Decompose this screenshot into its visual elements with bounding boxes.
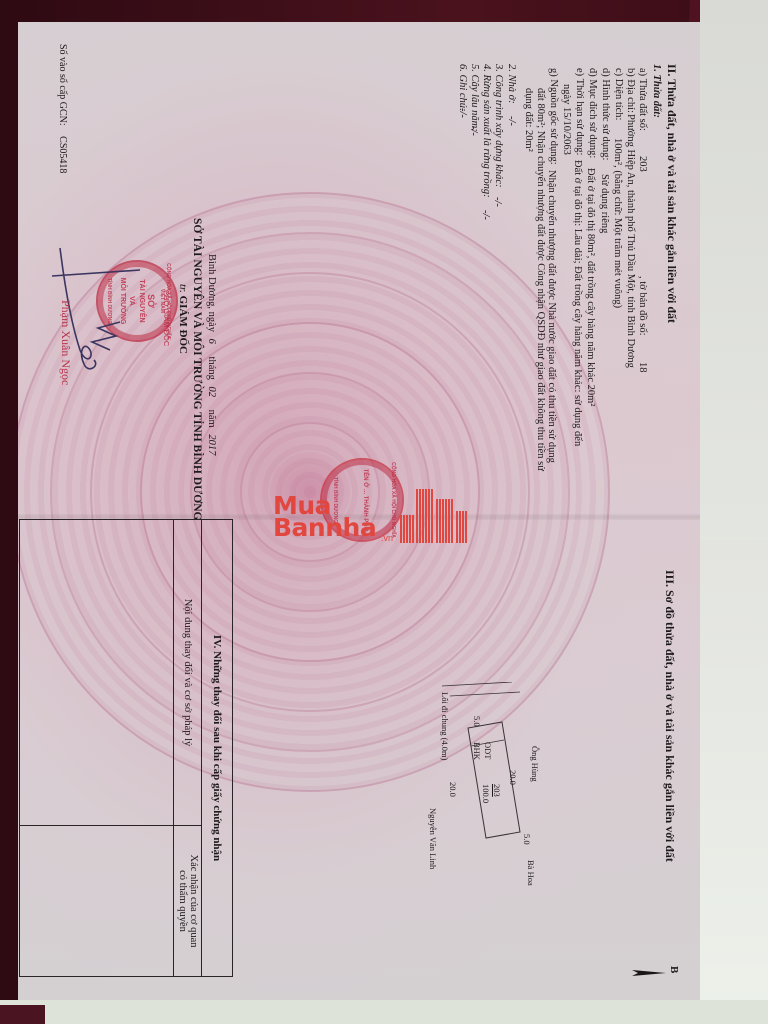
usage-term-value-cont: ngày 15/10/2063 xyxy=(560,84,572,155)
mua-ban-nha-watermark: Mua Bannha .vn xyxy=(300,435,430,615)
usage-form-value: Sử dụng riêng xyxy=(598,174,610,233)
map-sheet-label: , tờ bản đồ số: xyxy=(636,276,648,336)
watermark-building-icon xyxy=(416,489,434,543)
other-construction-label: 3. Công trình xây dựng khác: xyxy=(492,64,504,188)
usage-origin-value-cont2: dụng đất: 20m² xyxy=(522,88,534,152)
changes-content-column: Nội dung thay đổi và cơ sở pháp lý xyxy=(20,520,202,826)
plot-side-top: 20.0 xyxy=(508,770,518,785)
neighbor-right: Bà Hoa xyxy=(526,860,536,886)
usage-origin-value: Nhận chuyển nhượng đất được Nhà nước gia… xyxy=(545,170,557,463)
registry-label: Số vào sổ cấp GCN: xyxy=(57,44,68,126)
signer-role-title: GIÁM ĐỐC xyxy=(177,296,189,354)
signer-role-prefix: tr. xyxy=(177,284,189,293)
signing-day: 6 xyxy=(206,339,217,344)
area-value: 100m², (bằng chữ: Một trăm mét vuông) xyxy=(611,138,623,308)
signing-year: 2017 xyxy=(206,434,217,455)
plot-code-bhk: BHK xyxy=(472,742,482,760)
plot-side-bottom: 20.0 xyxy=(448,782,458,797)
plot-code-odt: ODT xyxy=(483,742,493,759)
usage-term-value: Đất ở tại đô thị: Lâu dài; Đất trồng cây… xyxy=(571,160,583,446)
signer-role: tr. GIÁM ĐỐC xyxy=(177,284,189,354)
signature-icon xyxy=(40,240,160,400)
perennial-trees-value: -/- xyxy=(467,126,479,136)
section-ii-heading: II. Thửa đất, nhà ở và tài sản khác gắn … xyxy=(666,64,678,323)
notes-value: -/- xyxy=(456,108,468,118)
authority-confirmation-column: Xác nhận của cơ quan có thẩm quyền xyxy=(20,826,202,976)
issuing-authority: SỞ TÀI NGUYÊN VÀ MÔI TRƯỜNG TỈNH BÌNH DƯ… xyxy=(191,218,203,520)
watermark-building-icon xyxy=(400,515,414,543)
signing-year-label: năm xyxy=(206,410,217,428)
certificate-cover-corner xyxy=(0,1005,45,1024)
signing-place-prefix: Bình Dương, ngày xyxy=(206,254,217,332)
parcel-subheading: 1. Thửa đất: xyxy=(650,64,662,118)
section-iii-heading: III. Sơ đồ thửa đất, nhà ở và tài sản kh… xyxy=(664,570,676,862)
parcel-number-label: a) Thửa đất số: xyxy=(636,68,648,131)
watermark-building-icon xyxy=(456,511,468,543)
production-forest-value: -/- xyxy=(479,210,491,220)
address-value: Phường Hiệp An, thành phố Thủ Dầu Một, t… xyxy=(624,114,636,368)
perennial-trees-label: 5. Cây lâu năm: xyxy=(468,64,480,132)
plot-area: 100.0 xyxy=(481,784,491,803)
land-use-certificate-page: II. Thửa đất, nhà ở và tài sản khác gắn … xyxy=(18,22,700,1000)
usage-origin-label: g) Nguồn gốc sử dụng: xyxy=(547,68,559,165)
signer-name: Phạm Xuân Ngọc xyxy=(60,300,72,385)
seal-top-text: CỘNG HÒA XÃ HỘI CHỦ NGHĨA VIỆT NAM xyxy=(159,262,171,340)
signing-month-label: tháng xyxy=(206,357,217,380)
background-floor xyxy=(0,1000,768,1024)
authority-confirmation-header: Xác nhận của cơ quan có thẩm quyền xyxy=(173,826,202,976)
changes-content-header: Nội dung thay đổi và cơ sở pháp lý xyxy=(173,520,202,825)
usage-form-label: d) Hình thức sử dụng: xyxy=(599,68,611,160)
address-label: b) Địa chỉ: xyxy=(624,68,636,113)
authority-confirmation-line-2: có thẩm quyền xyxy=(177,870,188,932)
watermark-suffix: .vn xyxy=(381,533,393,543)
signing-date: Bình Dương, ngày 6 tháng 02 năm 2017 xyxy=(205,254,217,455)
area-label: c) Diện tích: xyxy=(612,68,624,120)
map-sheet-value: 18 xyxy=(636,362,648,373)
changes-table-heading: IV. Những thay đổi sau khi cấp giấy chứn… xyxy=(201,520,232,976)
parcel-number-value: 203 xyxy=(636,156,648,172)
north-label: B xyxy=(668,966,680,973)
background-surface-lower xyxy=(690,540,768,1024)
plot-side-left: 5.0 xyxy=(472,716,482,727)
changes-table: IV. Những thay đổi sau khi cấp giấy chứn… xyxy=(19,519,233,977)
authority-confirmation-line-1: Xác nhận của cơ quan xyxy=(188,854,199,947)
neighbor-top: Ông Hùng xyxy=(530,746,540,782)
road-bottom: Nguyễn Văn Linh xyxy=(428,808,438,869)
registry-number: Số vào sổ cấp GCN: CS05418 xyxy=(56,44,68,173)
usage-purpose-value: Đất ở tại đô thị 80m², đất trồng cây hàn… xyxy=(584,168,596,406)
house-value: -/- xyxy=(505,116,517,126)
shared-corridor-label: Lối đi chung (4.0m) xyxy=(440,692,450,760)
usage-term-label: e) Thời hạn sử dụng: xyxy=(573,68,585,155)
watermark-building-icon xyxy=(436,499,454,543)
other-construction-value: -/- xyxy=(491,197,503,207)
usage-purpose-label: đ) Mục đích sử dụng: xyxy=(586,68,598,158)
watermark-line-2: Bannha xyxy=(273,517,376,539)
plot-side-right: 5.0 xyxy=(522,834,532,845)
signing-month: 02 xyxy=(206,387,217,398)
registry-value: CS05418 xyxy=(57,136,68,173)
notes-label: 6. Ghi chú: xyxy=(456,64,468,112)
north-arrow-icon xyxy=(632,968,666,978)
house-label: 2. Nhà ở: xyxy=(505,64,517,104)
production-forest-label: 4. Rừng sản xuất là rừng trồng: xyxy=(480,64,492,198)
plot-parcel-number: 203 xyxy=(492,784,502,797)
usage-origin-value-cont: đất 80m²; Nhận chuyển nhượng đất được Cô… xyxy=(534,88,546,471)
